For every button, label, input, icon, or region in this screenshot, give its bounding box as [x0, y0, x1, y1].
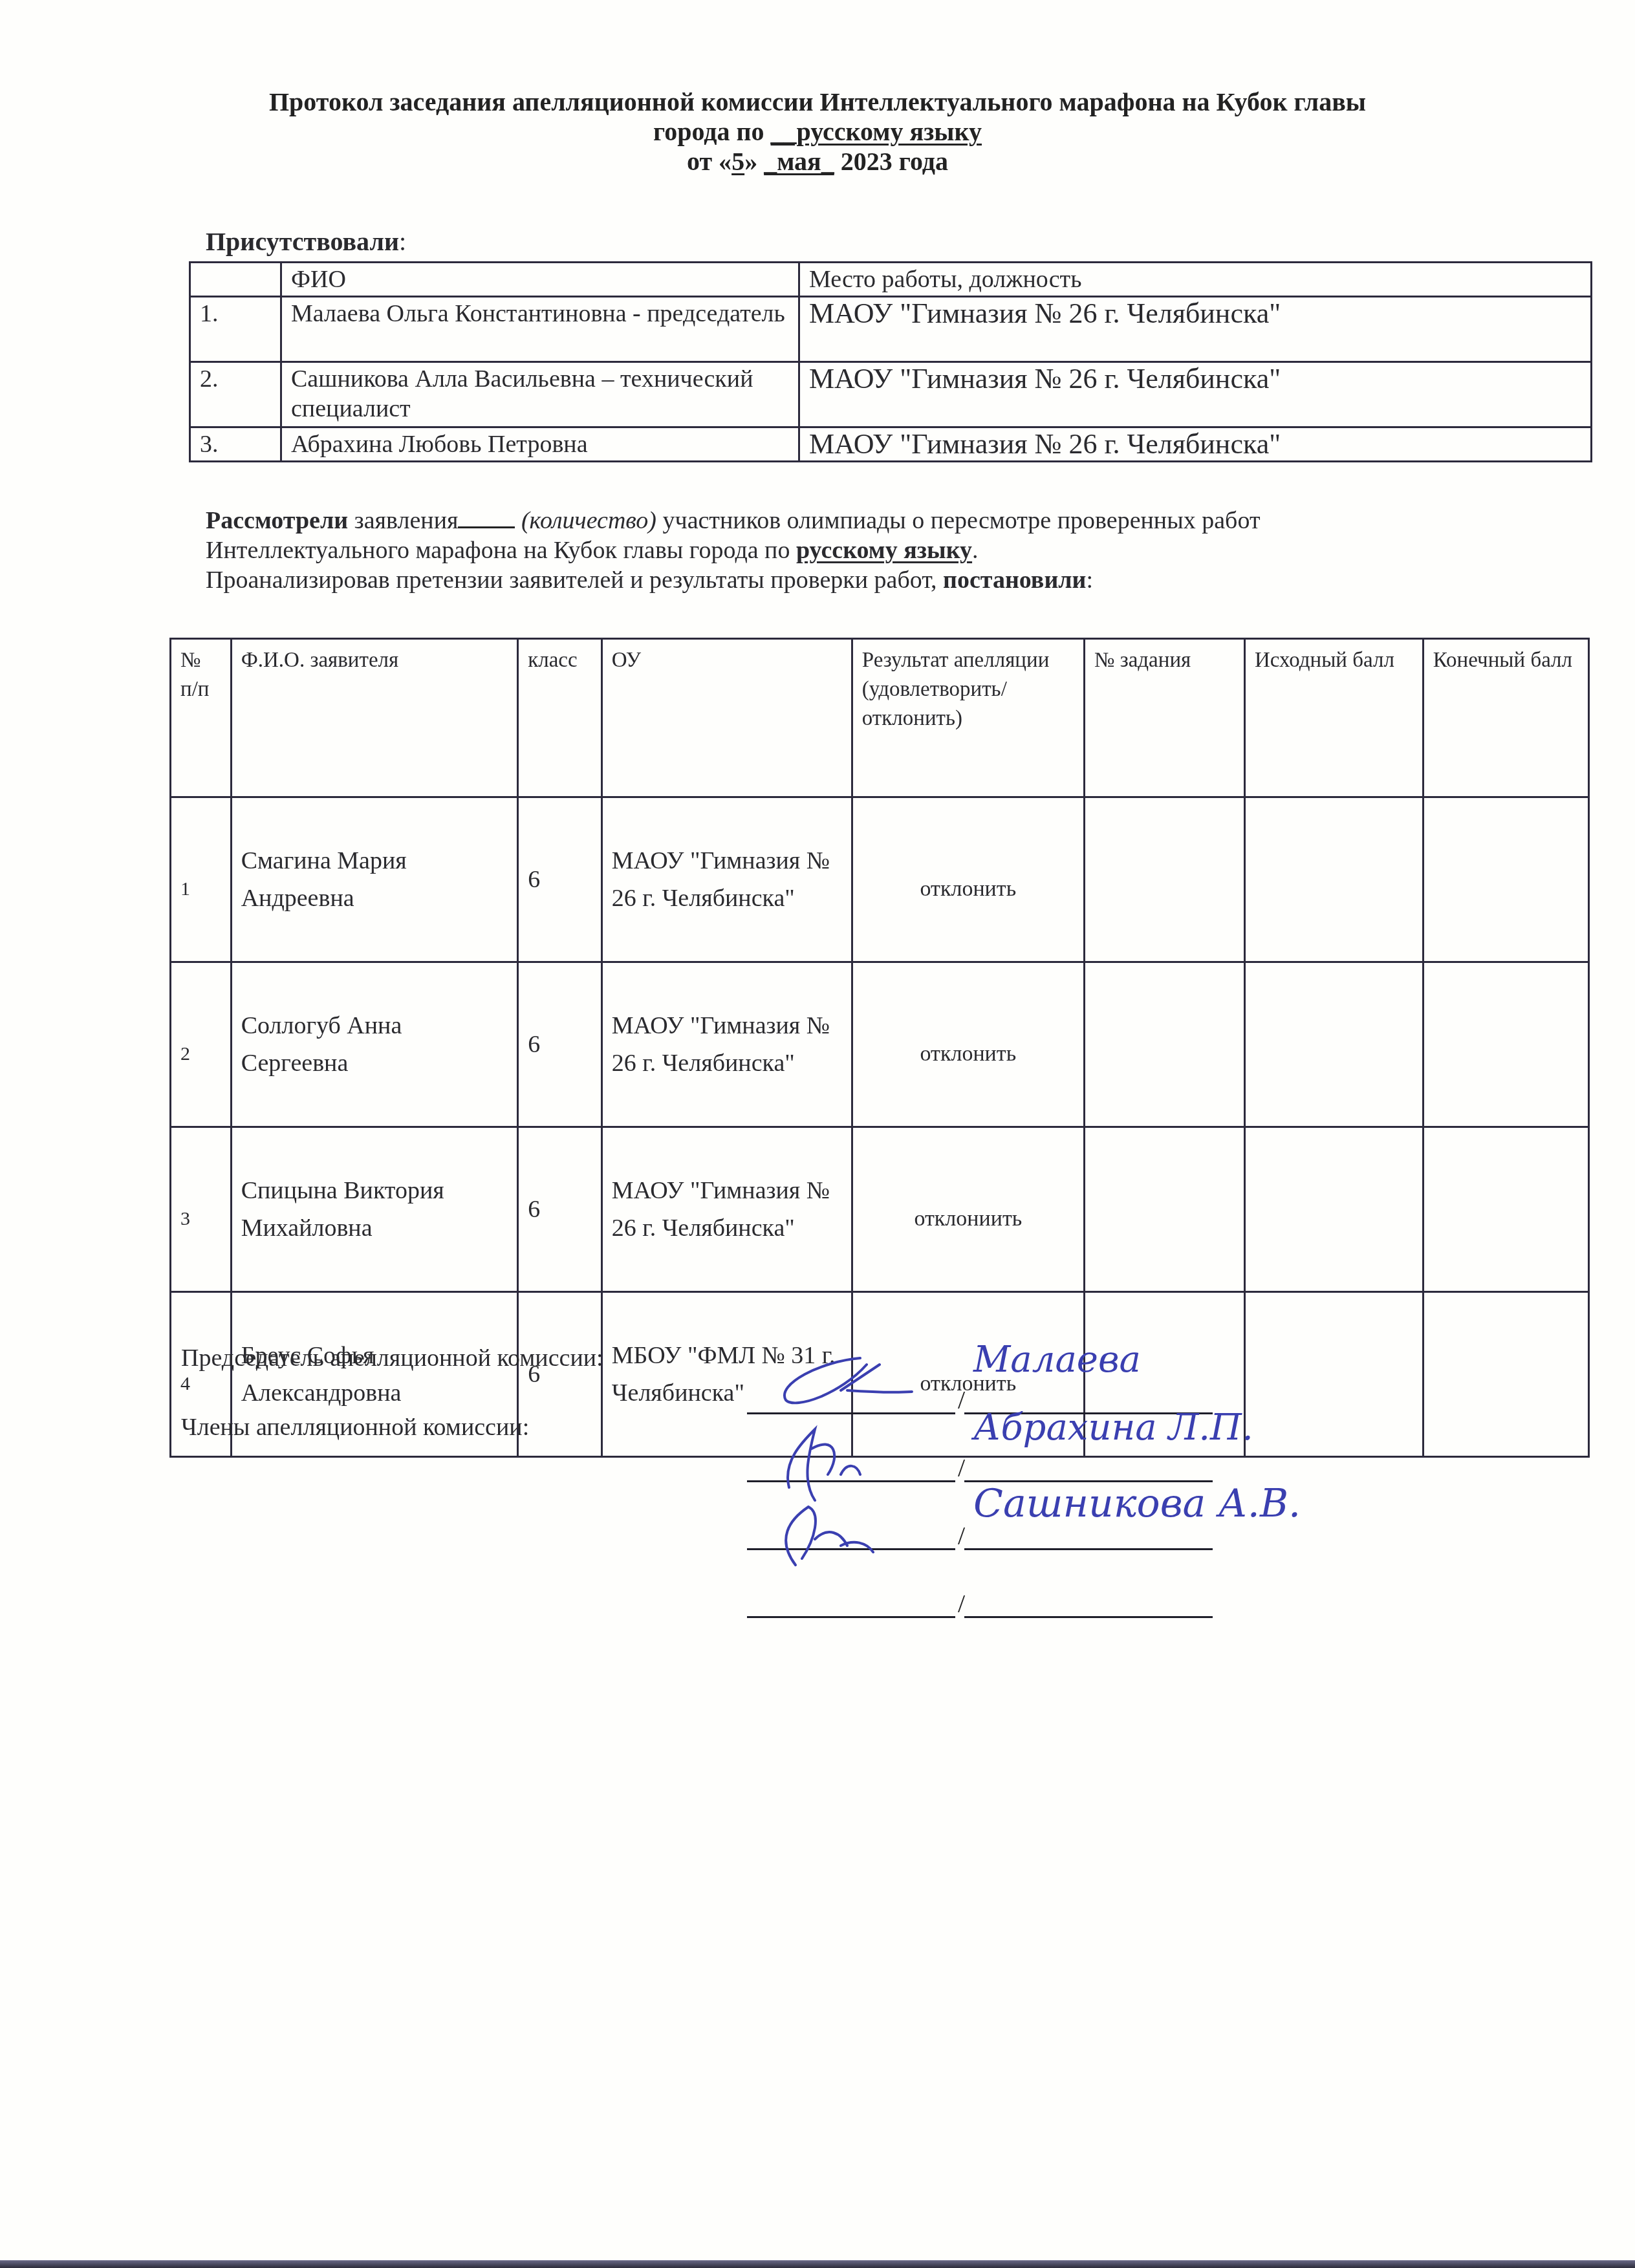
grade: 6 — [518, 1292, 602, 1457]
header-task: № задания — [1084, 639, 1244, 797]
attendee-name: Сашникова Алла Васильевна – технический … — [281, 362, 799, 427]
header-num — [190, 263, 281, 297]
header-school: ОУ — [601, 639, 852, 797]
applicant-name: Спицына Виктория Михайловна — [231, 1127, 518, 1292]
table-row: 2. Сашникова Алла Васильевна – техническ… — [190, 362, 1592, 427]
subject: русскому языку — [796, 537, 972, 564]
applicant-name: Смагина Мария Андреевна — [231, 797, 518, 962]
header-name: Ф.И.О. заявителя — [231, 639, 518, 797]
task-number — [1084, 797, 1244, 962]
title-subject: __русскому языку — [771, 117, 982, 146]
header-initial-score: Исходный балл — [1244, 639, 1423, 797]
handwritten-signature-marks-icon — [763, 1345, 957, 1578]
appeal-result: отклониить — [852, 1127, 1084, 1292]
header-workplace: Место работы, должность — [799, 263, 1592, 297]
attendees-table: ФИО Место работы, должность 1. Малаева О… — [189, 261, 1592, 462]
para-line-2: Интеллектуального марафона на Кубок глав… — [206, 535, 1590, 565]
grade: 6 — [518, 962, 602, 1127]
date-month: _мая_ — [764, 147, 834, 176]
name-field — [964, 1615, 1213, 1618]
para-line-3: Проанализировав претензии заявителей и р… — [206, 565, 1590, 595]
school: МАОУ "Гимназия № 26 г. Челябинска" — [601, 962, 852, 1127]
handwritten-name: Абрахина Л.П. — [973, 1407, 1253, 1449]
row-num: 1 — [171, 797, 232, 962]
header-final-score: Конечный балл — [1423, 639, 1588, 797]
table-row: 1. Малаева Ольга Константиновна - предсе… — [190, 297, 1592, 362]
title-line-3: от «5» _мая_ 2023 года — [0, 147, 1635, 177]
row-num: 1. — [190, 297, 281, 362]
appeals-table: № п/п Ф.И.О. заявителя класс ОУ Результа… — [169, 638, 1590, 1458]
appeal-result: отклонить — [852, 962, 1084, 1127]
table-row: 3 Спицына Виктория Михайловна 6 МАОУ "Ги… — [171, 1127, 1589, 1292]
table-header-row: № п/п Ф.И.О. заявителя класс ОУ Результа… — [171, 639, 1589, 797]
applicant-name: Соллогуб Анна Сергеевна — [231, 962, 518, 1127]
count-hint: (количество) — [521, 507, 656, 534]
count-blank — [458, 507, 515, 528]
attendee-name: Малаева Ольга Константиновна - председат… — [281, 297, 799, 362]
task-number — [1084, 1127, 1244, 1292]
appeal-result: отклонить — [852, 797, 1084, 962]
considered-paragraph: Рассмотрели заявления (количество) участ… — [206, 506, 1590, 595]
attendee-workplace: МАОУ "Гимназия № 26 г. Челябинска" — [799, 362, 1592, 427]
header-num: № п/п — [171, 639, 232, 797]
scan-edge — [0, 2260, 1635, 2268]
title-line-2: города по __русскому языку — [0, 117, 1635, 147]
para-line-1: Рассмотрели заявления (количество) участ… — [206, 506, 1590, 535]
initial-score — [1244, 1127, 1423, 1292]
task-number — [1084, 962, 1244, 1127]
title-line-1: Протокол заседания апелляционной комисси… — [0, 87, 1635, 117]
final-score — [1423, 1292, 1588, 1457]
header-grade: класс — [518, 639, 602, 797]
attendees-label: Присутствовали: — [206, 226, 406, 257]
initial-score — [1244, 962, 1423, 1127]
final-score — [1423, 1127, 1588, 1292]
header-result: Результат апелляции (удовлетворить/ откл… — [852, 639, 1084, 797]
members-label: Члены апелляционной комиссии: — [181, 1413, 529, 1442]
attendee-workplace: МАОУ "Гимназия № 26 г. Челябинска" — [799, 297, 1592, 362]
table-row: 2 Соллогуб Анна Сергеевна 6 МАОУ "Гимназ… — [171, 962, 1589, 1127]
table-row: 1 Смагина Мария Андреевна 6 МАОУ "Гимназ… — [171, 797, 1589, 962]
attendee-workplace: МАОУ "Гимназия № 26 г. Челябинска" — [799, 427, 1592, 462]
grade: 6 — [518, 797, 602, 962]
signature-line-member-3: / — [747, 1579, 1213, 1618]
row-num: 2. — [190, 362, 281, 427]
final-score — [1423, 962, 1588, 1127]
row-num: 3. — [190, 427, 281, 462]
school: МАОУ "Гимназия № 26 г. Челябинска" — [601, 1127, 852, 1292]
table-row: 3. Абрахина Любовь Петровна МАОУ "Гимназ… — [190, 427, 1592, 462]
row-num: 3 — [171, 1127, 232, 1292]
header-name: ФИО — [281, 263, 799, 297]
signature-field — [747, 1615, 955, 1618]
attendee-name: Абрахина Любовь Петровна — [281, 427, 799, 462]
document-title: Протокол заседания апелляционной комисси… — [0, 87, 1635, 177]
row-num: 2 — [171, 962, 232, 1127]
chairman-label: Председатель апелляционной комиссии: — [181, 1344, 603, 1372]
final-score — [1423, 797, 1588, 962]
name-field — [964, 1547, 1213, 1550]
initial-score — [1244, 797, 1423, 962]
school: МАОУ "Гимназия № 26 г. Челябинска" — [601, 797, 852, 962]
grade: 6 — [518, 1127, 602, 1292]
initial-score — [1244, 1292, 1423, 1457]
table-header-row: ФИО Место работы, должность — [190, 263, 1592, 297]
date-day: 5 — [731, 147, 744, 176]
handwritten-name: Сашникова А.В. — [973, 1481, 1301, 1526]
handwritten-name: Малаева — [973, 1339, 1141, 1381]
